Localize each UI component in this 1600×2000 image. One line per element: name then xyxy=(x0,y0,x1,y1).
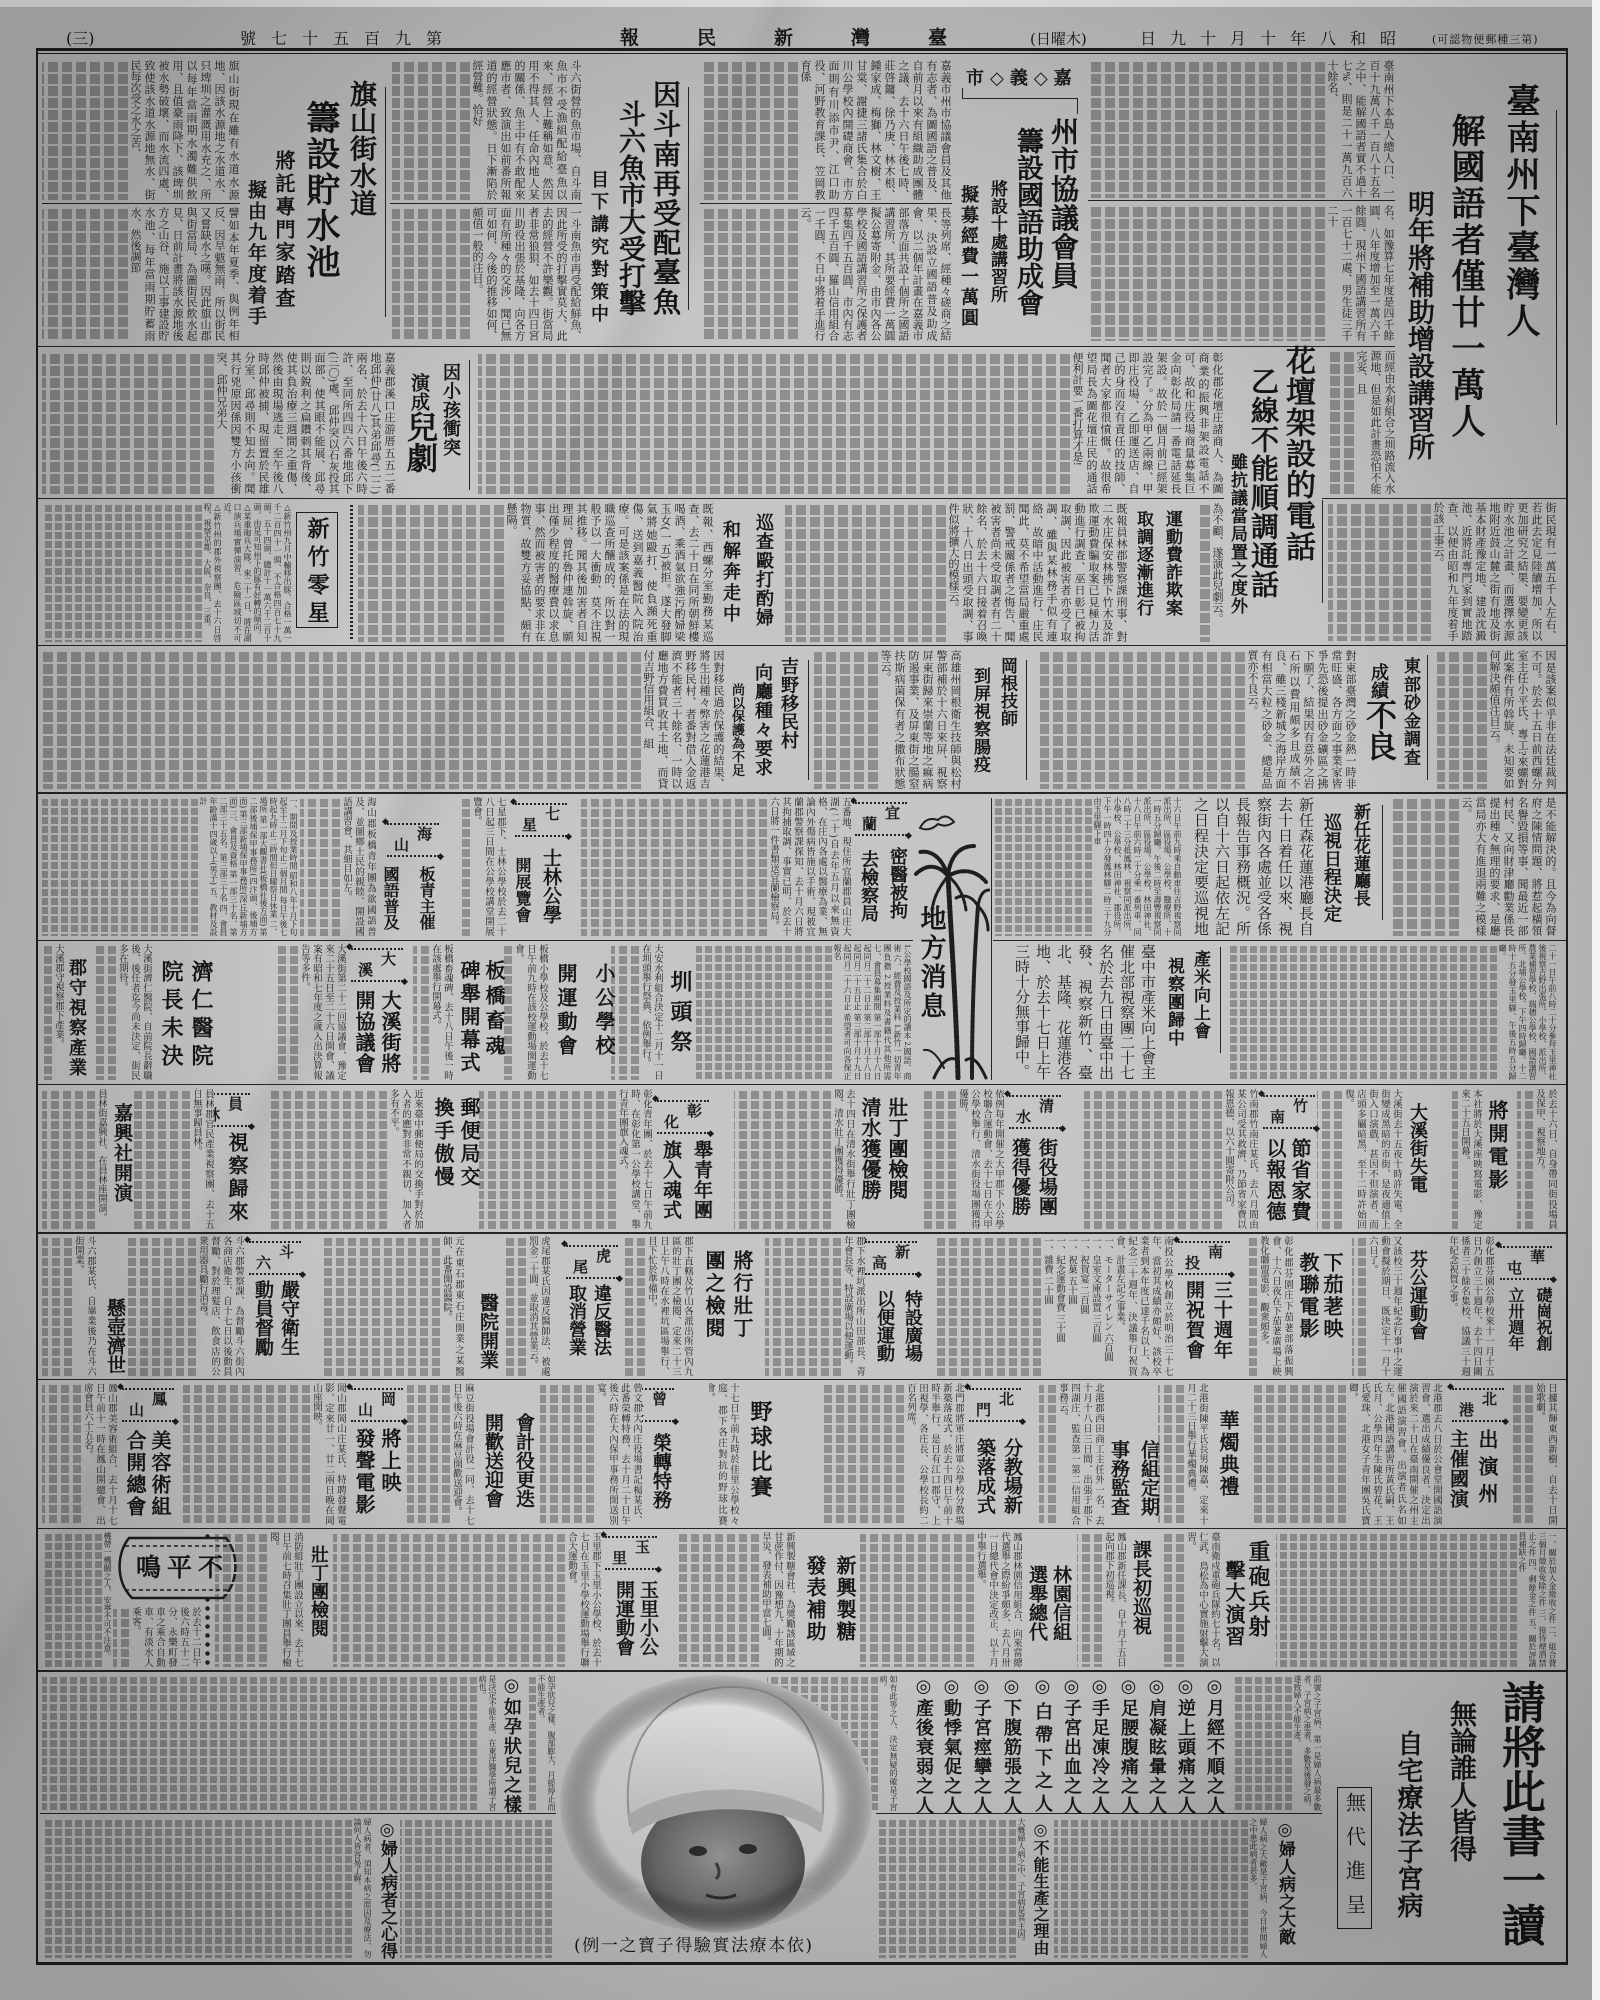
region-badge: 斗六 xyxy=(249,1241,301,1275)
headline: 動員督勵 xyxy=(253,1280,272,1356)
headline: 玉里小公 xyxy=(638,1580,657,1656)
article-text: 名、如豫算七年度是四千餘圓、八年度增加至一萬六千餘圓、現州下國語講習所有一百七十… xyxy=(1325,205,1395,341)
headline: 出演州 xyxy=(1477,1429,1497,1510)
article-text: 新興製糖會社、為獎勵該區域之甘蔗作付、因豫想九、十年期的旱災、發表補助甲當七圓。 xyxy=(759,1532,795,1667)
headline: 發聲電影 xyxy=(354,1428,374,1516)
badge-char: 鳳 xyxy=(152,1392,167,1407)
headline: 三十週年 xyxy=(1212,1280,1231,1360)
ad-text: 婦人病者、須知本病之原因及療法、勿論何人皆容易了解。 xyxy=(352,1818,372,1958)
article-body: 七星郡下、士林公學校於去二十八日起三日間在公學校講堂開展覽會。 xyxy=(462,797,506,936)
article-body: 海山郡板橋青年團為欲國語普及、並圖鄉土民的親睦、開設國語講習會、其細目如左。 xyxy=(300,797,376,936)
badge-char: 山 xyxy=(358,1403,373,1418)
divider xyxy=(38,346,1395,347)
symptom-item: ◎下腹筋張之人 xyxy=(1002,1676,1020,1816)
badge-char: 山 xyxy=(129,1403,144,1418)
article-text: 於去十二日午後六時五十二分、永樂町發車之乘合自動車、有淡水人乘客。 xyxy=(129,1607,201,1667)
article-text: 十七日午前九時於佳里公學校々庭、郡下各庄對抗的野球比賽會。 xyxy=(709,1383,739,1525)
divider xyxy=(38,645,1566,646)
ad-section-title: ◎婦人病者之心得 xyxy=(378,1820,395,1959)
article-text: 一斗南魚市再受配給鮮魚、因此所受的打擊實莫大、此去的經營不許樂觀。街當局者非常狼… xyxy=(470,207,582,341)
article-body: 大溪郡守視察郡下產業。 xyxy=(42,944,64,1080)
article-text: 嘉義市州市協議會員及其他有志者、為圖國語之普及、自前月以來有組織助成團體之議、去… xyxy=(798,60,952,200)
headline: 向廳種々要求 xyxy=(753,663,771,777)
headline: 壯丁團檢閱 xyxy=(887,1097,907,1200)
headline: 重砲兵射 xyxy=(1247,1540,1269,1640)
article-text: 長等列席、經種々磋商之結果、決設立國語普及助成會、以二個年計畫在嘉義市部落方面共… xyxy=(798,207,952,341)
headline: 小公學校 xyxy=(594,963,614,1059)
frame-border-top xyxy=(36,48,1568,51)
article-body: 臺南衛戍重砲兵隊約七十名、以仁武、鳥松為中心實施射擊大演習。 xyxy=(1161,1532,1220,1667)
headline: 到屏視察腸疫 xyxy=(971,667,988,773)
article-body: 新興製糖會社、為獎勵該區域之甘蔗作付、因豫想九、十年期的旱災、發表補助甲當七圓。 xyxy=(677,1532,795,1667)
headline: 取調逐漸進行 xyxy=(1134,510,1151,617)
badge-char: 大 xyxy=(381,952,396,967)
headline: 醫院開業 xyxy=(478,1293,497,1369)
subheadline: 將設十處講習所 xyxy=(988,180,1005,303)
divider xyxy=(1322,498,1566,499)
budget-item: 一、祝菓 五十圓 xyxy=(1065,1236,1077,1376)
divider xyxy=(469,360,470,490)
ad-text: 如孕狀兒之樣、腹部膨大、月經停止而不能生產者。 xyxy=(536,1675,556,1811)
headline: 院長未決 xyxy=(160,960,182,1072)
article-body: 竹南郡竹南庄某氏、去八月間由某公司受其救濟、乃節省家費以報恩德、以六十圓寄附公司… xyxy=(1084,1089,1258,1229)
headline: 旗山街水道 xyxy=(347,80,374,217)
article-body: 一斗南魚市再受配給鮮魚、因此所受的打擊實莫大、此去的經營不許樂觀。街當局者非常狼… xyxy=(392,207,582,341)
article-body: 既報、西螺分室勤務某巡查、去二十日在同所朝鮮樓喝酒、乘酒氣欲強污酌婦梁玉女(一五… xyxy=(358,503,714,642)
article-text: 曾文郡大內庄役場書記楊某氏、此番榮轉特務、去十月二十日午後六時在大內保甲事務所開… xyxy=(594,1383,642,1525)
badge-char: 清 xyxy=(1039,1099,1054,1114)
headline: 演成兒劇 xyxy=(403,373,434,473)
article-text: 大溪街去十五夜十時許失電、全街變成黑暗的市街、是夜適值上街入口演戲、甚因不但演者… xyxy=(1342,1089,1402,1229)
article-body: 臺中市產米向上會主催北部視察團二十七名於去九日由臺中出發、視察新竹、臺北、基隆、… xyxy=(1013,944,1157,1080)
article-body: 去十四日在清水街舉行壯丁團檢閱、清水壯丁團獲得優勝。 xyxy=(734,1089,855,1229)
symptom-item: ◎動悸氣促之人 xyxy=(942,1676,960,1816)
article-body: 既報員林郡警察課刑事、對二水庄保安林拂下竹木及詐欺運動費騙取案已見極力活動進行調… xyxy=(785,503,1128,642)
headline: 國語普及 xyxy=(382,866,398,930)
divider xyxy=(993,940,1566,941)
section-title-local-news: 地方消息 xyxy=(918,905,944,1021)
bracket-line xyxy=(962,88,963,98)
headline: 礎崗祝創 xyxy=(1535,1287,1551,1351)
paper-name: 臺灣新民報 xyxy=(620,29,1005,48)
issue-number: 第九百五十七號 xyxy=(240,31,457,47)
headline: 懸壺濟世 xyxy=(105,1298,124,1374)
headline: 壯丁團檢閱 xyxy=(309,1545,327,1638)
badge-char: 竹 xyxy=(1293,1099,1308,1114)
article-body: 大溪街濟仁醫院、自前院長辭職後、後任者迄今尚未決定、街民多在期待。 xyxy=(96,944,152,1080)
article-text: 彰化青年團、於去十七日午前九時、在彰化第一公學校講堂、舉行青年團旗入魂式。 xyxy=(616,1089,652,1229)
headline: 成績不良 xyxy=(1362,663,1393,761)
article-body: 嘉義市州市協議會員及其他有志者、為圖國語之普及、自前月以來有組織助成團體之議、去… xyxy=(700,60,952,200)
divider xyxy=(38,1084,1566,1085)
headline: 事務監查 xyxy=(1109,1440,1128,1516)
divider xyxy=(38,1528,1566,1529)
weekday: (木曜日) xyxy=(1030,32,1087,47)
headline: 舉青年團 xyxy=(692,1140,711,1220)
bracket-line xyxy=(962,98,1078,99)
headline: 視察歸來 xyxy=(227,1132,247,1224)
headline: 擊大演習 xyxy=(1224,1560,1244,1648)
divider xyxy=(808,660,809,780)
divider xyxy=(38,792,1566,794)
divider xyxy=(1220,947,1221,1053)
article-text: 二十一日午前八時二十分參拜玉里神社後視察吉野出張所、小學校、派出所、農業補習學校… xyxy=(1497,944,1557,1080)
headline: 大溪街將 xyxy=(380,990,400,1074)
free-offer-stamp: 無代進呈 xyxy=(1337,1787,1372,1929)
subheadline: 擬由九年度着手 xyxy=(246,180,265,327)
headline: 因斗南再受配臺魚 xyxy=(651,80,679,317)
headline: 圳頭祭 xyxy=(669,970,691,1060)
article-body: 名、如豫算七年度是四千餘圓、八年度增加至一萬六千餘圓、現州下國語講習所有一百七十… xyxy=(1090,205,1395,341)
divider xyxy=(42,203,240,204)
article-text: 彰化郡芬園庄下茄荖部落振興會、十六日夜在下茄荖廣場上映教化聯盟電影、觀衆頗多。 xyxy=(1257,1236,1293,1376)
article-body: 因對移民過於保護的結果、將生出種々弊害之花蓮港吉野移民村、者番對借入金返濟不能者… xyxy=(42,650,725,789)
headline-part: 兒劇 xyxy=(401,411,437,473)
headline-part: 演成 xyxy=(408,373,430,411)
article-text: 旗山街現在雖有水道水源地、因該水源地之水道水、只埤圳之灌溉用水充之、所以每年當雨… xyxy=(128,60,240,200)
article-text: 北港郡西田商工主任外一名、去十月十八日三日間、出張于郡下四湖庄、監查第一第二信用… xyxy=(1056,1383,1104,1525)
subheadline: 擬募經費一萬圓 xyxy=(959,185,977,329)
symptom-item: ◎足腰腹痛之人 xyxy=(1119,1676,1137,1816)
article-body: 板橋畜魂碑、去十八日午後一時在該處舉行開幕式。 xyxy=(413,944,453,1080)
divider xyxy=(1382,805,1383,920)
headline-part: 成績 xyxy=(1368,663,1389,699)
badge-char: 岡 xyxy=(381,1392,396,1407)
badge-char: 六 xyxy=(256,1256,271,1271)
headline: 芬公運動會 xyxy=(1408,1250,1426,1340)
schedule-text: 二十一日午前八時二十分參拜玉里神社後視察吉野出張所、小學校、派出所、農業補習學校… xyxy=(1227,944,1557,1080)
article-text: 斗六街營的魚市場、自斗南魚市不受漁組配給臺魚以來、經營上難稱如意、然因用不得其人… xyxy=(470,60,582,200)
badge-char: 港 xyxy=(1459,1403,1474,1418)
article-text: 北門郡將軍庄將軍公學校分教場新築落成式、於去十四日午前十時半舉行、是日有江口郡守… xyxy=(904,1383,964,1525)
article-text: 去十四日在清水街舉行壯丁團檢閱、清水壯丁團獲得優勝。 xyxy=(831,1089,855,1229)
article-body: 元在東石郡東石庄開業之某醫師、此番開設醫院。 xyxy=(321,1236,464,1376)
symptom-item: ◎子宮痙攣之人 xyxy=(972,1676,990,1816)
article-continuation: 因是該案似乎非在法廷裁判不可。於去十五日前西螺分室主任小平氏、專工?來螺對此案件… xyxy=(1437,650,1557,789)
article-text: 新任森花蓮港廳長自去十日着任以來、視察街內各處並受各係長報告事務概況。所以自十六… xyxy=(1188,797,1315,936)
headline: 團之檢閱 xyxy=(704,1250,724,1340)
budget-item: 一、紀念運動會費 三十圓 xyxy=(1053,1236,1065,1376)
badge-char: 北 xyxy=(1482,1392,1497,1407)
article-text: 譬如本年夏季、與例年相反、因旱魃無雨、所以街民又嘗缺水之嘆。因此旗山郡與街當局、… xyxy=(128,207,240,341)
headline: 郵便局交 xyxy=(459,1097,479,1189)
article-body: 虎尾郡某氏因違反醫師法、被處罰金二十圓、並取消其營業云。 xyxy=(504,1236,550,1376)
region-badge: 鳳山 xyxy=(122,1388,174,1422)
badge-char: 門 xyxy=(976,1403,991,1418)
article-text: 又該校三十週年紀念行事中之運動會擬於期日、既決定十一月十六日了。 xyxy=(1366,1236,1402,1376)
article-body: 機帶一機關之人、安寧不可不注意。 xyxy=(42,1532,112,1667)
ad-text-block: 大概婦人病之中、子宮病是其主因。 xyxy=(878,1818,1026,1958)
ad-text-block: 婦人病者、須知本病之原因及療法、勿論何人皆容易了解。 xyxy=(42,1818,372,1958)
article-text: 北港郡去八日於公會堂開國語演習會、選出成績優良者、決定出演於來二十日在臺南開催之… xyxy=(1346,1383,1442,1525)
badge-char: 溪 xyxy=(358,963,373,978)
article-text: 大溪街濟仁醫院、自前院長辭職後、後任者迄今尚未決定、街民多在期待。 xyxy=(116,944,152,1080)
badge-char: 七 xyxy=(545,807,560,822)
headline: 信組定期 xyxy=(1139,1440,1158,1516)
article-text: 近來臺中郵便局的交換手對於加入者的應對非常不親切、加入者多有不平。 xyxy=(387,1089,423,1229)
article-text: 臺中市產米向上會主催北部視察團二十七名於去九日由臺中出發、視察新竹、臺北、基隆、… xyxy=(1013,944,1157,1080)
region-badge: 大溪 xyxy=(351,948,403,982)
region-label: 嘉◇義◇市 xyxy=(966,70,1078,88)
divider xyxy=(1556,110,1557,425)
headline: 郡守視察產業 xyxy=(67,958,85,1078)
headline: 違反醫法 xyxy=(592,1284,610,1356)
subheadline: 目下講究對策中 xyxy=(589,170,607,327)
region-badge: 岡山 xyxy=(351,1388,403,1422)
article-text: 因是該案似乎非在法廷裁判不可。於去十五日前西螺分室主任小平氏、專工?來螺對此案件… xyxy=(1487,650,1557,789)
divider xyxy=(688,87,689,310)
headline: 開歡送迎會 xyxy=(483,1413,502,1508)
badge-char: 星 xyxy=(522,818,537,833)
article-text: 岡山郡岡山庄某氏、特聘發聲電影、定來廿一、廿二兩日晚在岡山座開映。 xyxy=(310,1383,346,1525)
article-body: 新任森花蓮港廳長自去十日着任以來、視察街內各處並受各係長報告事務概況。所以自十六… xyxy=(1188,797,1315,936)
headline: 將上映 xyxy=(380,1428,400,1494)
region-badge: 華屯 xyxy=(1500,1246,1552,1280)
article-body: 彰化郡芬園公學校來十一月十五日乃創立三十週年、去十四日關係者三十餘名集校、協議三… xyxy=(1450,1236,1494,1376)
article-text: 大溪郡守視察郡下產業。 xyxy=(52,944,64,1080)
symptom-item: ◎逆上頭痛之人 xyxy=(1176,1676,1194,1816)
badge-char: 水 xyxy=(1016,1110,1031,1125)
headline: 旗入魂式 xyxy=(661,1140,680,1220)
symptom-item: ◎手足凍冷之人 xyxy=(1090,1676,1108,1816)
article-list: 1.公學校國語及所定的讀本 2.國語、商術 六、經費及授業料 1.新竹一切青年團… xyxy=(696,944,912,1080)
headline: 將開電影 xyxy=(1487,1100,1507,1192)
region-badge: 七星 xyxy=(515,803,567,837)
article-body: 北港郡西田商工主任外一名、去十月十八日三日間、出張于郡下四湖庄、監查第一第二信用… xyxy=(1039,1383,1104,1525)
headline: 花壇架設的電話 xyxy=(1282,345,1312,562)
symptom-item: ◎月經不順之人 xyxy=(1205,1676,1223,1816)
headline: 板青主催 xyxy=(418,866,434,930)
article-text: 彰化郡花壇庄諸商人、為圖商業的振興非架設電話不可、故和庄役場商量募集巨金向彰化局… xyxy=(1070,352,1224,494)
article-text: 十六日午前九時乘自動車往吉野視察同派出所、區役場、公學校、醫療所、十一時五分歸廳… xyxy=(1092,797,1182,936)
ad-subheadline: 自宅療法子宮病 xyxy=(1395,1730,1421,1919)
article-text: 街民現有一萬五千人左右、若此去定見陸續增加、所以更加研究之結果、要變更該貯水池之… xyxy=(1431,502,1557,641)
headline: 節省家費 xyxy=(1290,1138,1310,1222)
headline: 以便運動 xyxy=(875,1290,893,1362)
headline: 合開總會 xyxy=(125,1430,145,1518)
budget-item: 一、雜費 二十圓 xyxy=(1041,1236,1053,1376)
decorative-divider xyxy=(350,505,353,640)
postal-permit: (第三種郵便物認可) xyxy=(1432,34,1539,45)
badge-char: 虎 xyxy=(596,1249,611,1264)
headline: 州市協議會員 xyxy=(1049,117,1077,290)
article-body: 大溪街第二十二回協議會、豫定來二十五日至二十六日開會、議案有昭和七年度之歲入出決… xyxy=(275,944,346,1080)
article-text: 板橋畜魂碑、去十八日午後一時在該處舉行開幕式。 xyxy=(429,944,453,1080)
brief-items: △新竹州九月中輸移出豚、合格一萬一千二百四十一頭、不合格四百七十九頭、五十四頭、… xyxy=(42,503,292,642)
frame-border-bottom xyxy=(36,1962,1568,1965)
article-body: 板橋小學校及公學校、於去十七日午前九時在該校運動場開運動會。 xyxy=(504,944,548,1080)
article-body: 鳳山郡林園信用組合、向來當總代選舉之際紛爭頗多、去八月卅一日總代會中決定改正、以… xyxy=(860,1532,1022,1667)
badge-char: 斗 xyxy=(279,1245,294,1260)
ad-headline: 請將此書一讀 xyxy=(1497,1680,1541,1947)
headline: 士林公學 xyxy=(541,848,560,924)
headline: 乙線不能順調通話 xyxy=(1249,367,1277,599)
article-continuation: 而經由水利組合之圳路流入水源地、但是如此計畫恐怕不能完妥、且 xyxy=(1326,350,1396,494)
article-body: 對東部臺灣之砂金熱一時非常旺盛、各方面之事業家皆爭先恐後提出砂金礦區之拂下願了、… xyxy=(1040,650,1357,789)
budget-item: 一、祝賀宴 二百圓 xyxy=(1077,1236,1089,1376)
article-body: 高雄州岡根衛生技師與松村警部補於十六日來屏、視察屏東街歸來崇蘭等地之痲病防遏事業… xyxy=(814,650,962,789)
brief-item: △某重砲兵大隊、來二十一日、將在湖口演兵場實彈演習、危險區域切不可近。 xyxy=(222,503,252,642)
badge-char: 里 xyxy=(612,1551,627,1566)
column-title-box: 新竹零星 xyxy=(296,512,338,628)
subheadline: 明年將補助增設講習所 xyxy=(1405,190,1432,460)
article-body: 彰化郡花壇庄諸商人、為圖商業的振興非架設電話不可、故和庄役場商量募集巨金向彰化局… xyxy=(478,352,1224,494)
frame-border-right xyxy=(1566,48,1568,1964)
article-text: 嘉義郡溪口庄游厝五五二番地邱仲(廿八)其弟邱尋(二二)兩名、於去十六日午後六時許… xyxy=(214,352,396,494)
headline: 新興製糖 xyxy=(835,1555,855,1643)
ad-section-title: ◎婦人病之大敵 xyxy=(1276,1820,1293,1946)
article-body: 鳳山郡新任課長、自十月十五日起向郡下初巡視。 xyxy=(1077,1532,1126,1667)
article-text: 虎尾郡某氏因違反醫師法、被處罰金二十圓、並取消其營業云。 xyxy=(526,1236,550,1376)
region-badge: 虎尾 xyxy=(566,1245,618,1279)
article-body: 於去十二日午後六時五十二分、永樂町發車之乘合自動車、有淡水人乘客。 xyxy=(113,1607,201,1667)
budget-item: 一、モーターサイレン 六百圓 xyxy=(1101,1236,1113,1376)
article-text: 是不能解決的。且今為向督府之陳情問題、將惹起橫領名譽毀損等事、聞最近一部村民、又… xyxy=(1459,797,1557,936)
badge-char: 山 xyxy=(394,838,409,853)
ad-text-block: 如孕狀兒之樣、腹部膨大、月經停止而不能生產者。 xyxy=(526,1675,556,1811)
headline: 立卅週年 xyxy=(1507,1287,1523,1351)
article-text: 對東部臺灣之砂金熱一時非常旺盛、各方面之事業家皆爭先恐後提出砂金礦區之拂下願了、… xyxy=(1245,650,1357,789)
ad-subheadline: 無論誰人皆得 xyxy=(1447,1700,1474,1862)
article-body: 鳳山郡美容術組合、去十月十七日午前十一時在鳳山開總會、出席會員六十五名。 xyxy=(42,1383,117,1525)
bracket-line xyxy=(1077,98,1078,114)
ad-intro: 前號之子宮病、第一是婦人病最多數者、子宮病之患者、多數是後發之病、遂致婦人不能生… xyxy=(1234,1675,1322,1811)
headline: 將行壯丁 xyxy=(732,1250,752,1340)
article-text: 大溪街第二十二回協議會、豫定來二十五日至二十六日開會、議案有昭和七年度之歲入出決… xyxy=(298,944,346,1080)
headline: 解國語者僅廿一萬人 xyxy=(1448,113,1482,440)
headline-part: 不良 xyxy=(1360,699,1396,761)
article-body: 岡山郡岡山庄某氏、特聘發聲電影、定來廿一、廿二兩日晚在岡山座開映。 xyxy=(183,1383,346,1525)
headline: 濟仁醫院 xyxy=(190,960,212,1072)
ad-section-title: ◎如孕狀兒之樣 xyxy=(502,1675,520,1815)
article-text: 高雄州岡根衛生技師與松村警部補於十六日來屏、視察屏東街歸來崇蘭等地之痲病防遏事業… xyxy=(878,650,962,789)
schedule-text: 十六日午前九時乘自動車往吉野視察同派出所、區役場、公學校、醫療所、十一時五分歸廳… xyxy=(995,797,1182,936)
badge-char: 投 xyxy=(1185,1256,1200,1271)
article-text: 鳳山郡林園信用組合、向來當總代選舉之際紛爭頗多、去八月卅一日總代會中決定改正、以… xyxy=(974,1532,1022,1667)
testimonial-photo xyxy=(558,1673,874,1935)
article-text: 七星郡下、士林公學校於去二十八日起三日間在公學校講堂開展覽會。 xyxy=(470,797,506,936)
region-badge: 海山 xyxy=(387,823,439,857)
article-text: 機帶一機關之人、安寧不可不注意。 xyxy=(102,1532,112,1667)
article-body: 彰化青年團、於去十七日午前九時、在彰化第一公學校講堂、舉行青年團旗入魂式。 xyxy=(479,1089,652,1229)
article-text: 彰化郡芬園公學校來十一月十五日乃創立三十週年、去十四日關係者三十餘名集校、協議三… xyxy=(1450,1236,1494,1376)
headline: 會計役更迭 xyxy=(514,1413,533,1508)
headline: 巡查毆打酌婦 xyxy=(754,513,772,627)
article-body: 消防組壯丁團設立以來、去十七日午前七時召集壯丁團員舉行檢閱。 xyxy=(215,1532,303,1667)
badge-char: 曾 xyxy=(652,1392,667,1407)
article-text: 員林郡官民產業視察團、去十五日無事歸員林。 xyxy=(190,1089,214,1229)
article-text: 鳳山郡新任課長、自十月十五日起向郡下初巡視。 xyxy=(1102,1532,1126,1667)
article-text: 麻豆街役場會計役一同、去十七日午後六時在麻豆開歡送迎會。 xyxy=(450,1383,474,1525)
region-badge: 彰化 xyxy=(657,1100,709,1134)
article-text: 斗六郡某氏、自畢業後乃在斗六街開業。 xyxy=(72,1236,96,1376)
headline: 教聯電影 xyxy=(1298,1252,1318,1340)
headline: 碑舉開幕式 xyxy=(459,960,479,1075)
article-text: 臺南衛戍重砲兵隊約七十名、以仁武、鳥松為中心實施射擊大演習。 xyxy=(1184,1532,1220,1667)
article-text: 五番地、現住所宜蘭郡員山庄大湖(二十)自去年五月以來無資格、在庄內各處以醫療為業… xyxy=(767,797,851,936)
headline: 吉野移民村 xyxy=(779,657,797,750)
headline: 新任花蓮廳長 xyxy=(1351,803,1368,907)
region-badge: 北港 xyxy=(1452,1388,1504,1422)
headline: 美容術組 xyxy=(150,1430,170,1518)
headline: 開運動會 xyxy=(556,963,576,1059)
headline: 和解奔走中 xyxy=(721,520,739,625)
article-body: 北港郡去八日於公會堂開國語演習會、選出成績優良者、決定出演於來二十日在臺南開催之… xyxy=(1253,1383,1442,1525)
article-text: 員林街嘉興社、在員林座開演。 xyxy=(95,1089,107,1229)
newspaper-page: (三) 第九百五十七號 臺灣新民報 (木曜日) 昭和八年十月十九日 (第三種郵便… xyxy=(0,0,1592,2000)
headline: 華燭典禮 xyxy=(1218,1410,1238,1498)
article-text: 既報、西螺分室勤務某巡查、去二十日在同所朝鮮樓喝酒、乘酒氣欲強污酌婦梁玉女(一五… xyxy=(504,503,714,642)
article-continuation: 為不顧、遂演此兒劇云。 xyxy=(1196,503,1224,642)
symptom-item: ◎產後衰弱之人 xyxy=(914,1676,932,1816)
article-text: 玉里郡下玉里小公學校、於去十七日在玉里小學校運動場舉行聯合大運動會。 xyxy=(565,1532,601,1667)
headline: 巡視日程決定 xyxy=(1322,813,1340,923)
divider xyxy=(385,87,386,317)
badge-char: 北 xyxy=(999,1392,1014,1407)
badge-char: 南 xyxy=(1270,1110,1285,1125)
article-body: 斗六郡警察課、為督勵斗六街內各商店衛生、自十七日以後動員督勵、對於理髮店、飲食店… xyxy=(127,1236,244,1376)
article-text: 南投公學校創立於明治三十七年、當初其成績亦頗好、該校卒業者到本年度已達千名以上、… xyxy=(1113,1236,1173,1376)
headline: 岡根技師 xyxy=(998,657,1015,727)
article-body: 臺南州下本島人總人口、一百十九萬八千一百八十五名之中、能解國語者實不過十七%、則… xyxy=(1090,60,1395,198)
badge-char: 尾 xyxy=(573,1260,588,1275)
article-body: 大溪街去十五夜十時許失電、全街變成黑暗的市街、是夜適值上街入口演戲、甚因不但演者… xyxy=(1317,1089,1402,1229)
headline: 特設廣場 xyxy=(903,1290,921,1362)
headline: 換手傲慢 xyxy=(433,1097,453,1189)
headline: 嘉興社開演 xyxy=(112,1103,131,1203)
subheadline: 將託專門家踏查 xyxy=(274,150,294,310)
ad-text-block: 是決定不能生產、在東洋醫學所謂子宮病也。 xyxy=(42,1675,497,1811)
subheadline: 雖抗議當局置之度外 xyxy=(1228,453,1245,615)
ad-text-block xyxy=(400,1818,552,1958)
headline: 臺南州下臺灣人 xyxy=(1503,83,1537,340)
headline: 以報恩德 xyxy=(1265,1138,1285,1222)
divider xyxy=(38,1379,1566,1380)
headline: 分教場新 xyxy=(1002,1438,1021,1514)
article-text: 一、關於加入金徵收之件 二、組合費三個月徵收免除之件 三、接待煙酒禁止之件 四、… xyxy=(1517,1532,1557,1667)
article-body: 郡下直轄及竹山各派出所管內九區的壯丁團之檢閱、定來二十三日上午八時在水裡坑區場舉… xyxy=(622,1236,693,1376)
region-badge: 竹南 xyxy=(1263,1095,1315,1129)
article-text: 郡下直轄及竹山各派出所管內九區的壯丁團之檢閱、定來二十三日上午八時在水裡坑區場舉… xyxy=(645,1236,693,1376)
article-body: 斗六郡某氏、自畢業後乃在斗六街開業。 xyxy=(42,1236,96,1376)
badge-char: 華 xyxy=(1530,1250,1545,1265)
headline: 大溪街失電 xyxy=(1408,1103,1426,1193)
badge-char: 新 xyxy=(895,1245,910,1260)
article-text: 鳳山郡美容術組合、去十月十七日午前十一時在鳳山開總會、出席會員六十五名。 xyxy=(81,1383,117,1525)
headline: 榮轉特務 xyxy=(651,1433,670,1509)
badge-char: 玉 xyxy=(635,1540,650,1555)
headline: 下茄荖映 xyxy=(1322,1252,1342,1340)
article-text: 斗六郡警察課、為督勵斗六街內各商店衛生、自十七日以後動員督勵、對於理髮店、飲食店… xyxy=(196,1236,244,1376)
headline: 課長初巡視 xyxy=(1131,1540,1150,1635)
article-body: 員林郡官民產業視察團、去十五日無事歸員林。 xyxy=(132,1089,214,1229)
ad-text: 大概婦人病之中、子宮病是其主因。 xyxy=(1016,1818,1026,1958)
frame-border-top-thin xyxy=(36,53,1568,54)
article-text: 消防組壯丁團設立以來、去十七日午前七時召集壯丁團員舉行檢閱。 xyxy=(267,1532,303,1667)
budget-item: 一、皇室文庫設置 三百圓 xyxy=(1089,1236,1101,1376)
headline: 去檢察局 xyxy=(859,850,877,922)
headline: 築落成式 xyxy=(975,1438,994,1514)
article-body: 曾文郡大內庄役場書記楊某氏、此番榮轉特務、去十月二十日午後六時在大內保甲事務所開… xyxy=(540,1383,642,1525)
divider xyxy=(40,1813,556,1814)
headline: 籌設國語助成會 xyxy=(1014,127,1041,316)
article-text: 於去十六日、自身帶同街役場員及保甲、視察地方。 xyxy=(1533,1089,1557,1229)
headline: 林園信組 xyxy=(1051,1565,1070,1641)
ad-text-block: 婦人病之大敵是子宮病、今日世間婦人之中患此病者甚多。 xyxy=(1054,1818,1268,1958)
divider xyxy=(1088,200,1395,201)
article-continuation: 街民現有一萬五千人左右、若此去定見陸續增加、所以更加研究之結果、要變更該貯水池之… xyxy=(1328,502,1557,641)
region-badge: 玉里 xyxy=(605,1536,657,1570)
